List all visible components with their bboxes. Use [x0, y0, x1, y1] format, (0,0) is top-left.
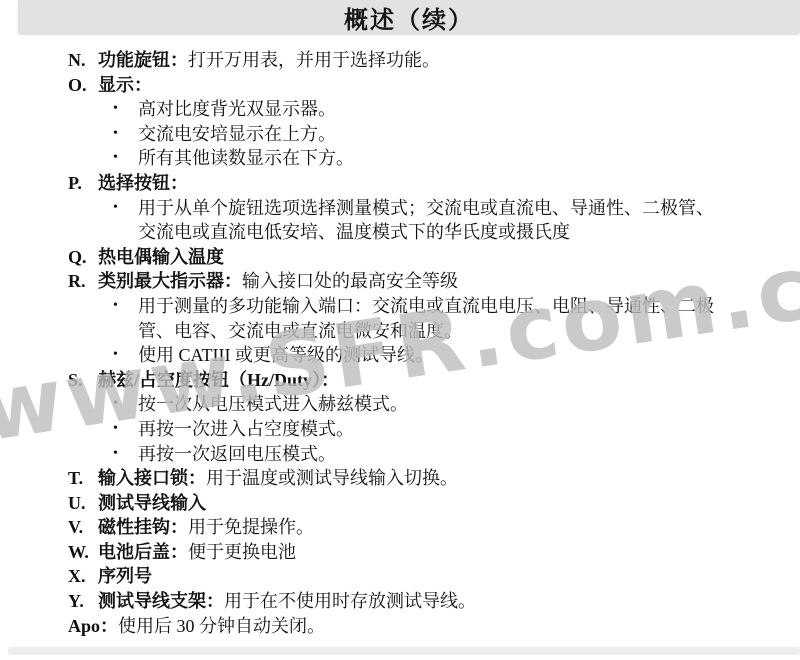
bullet-text: 再按一次进入占空度模式。 [138, 417, 354, 442]
item-text: 使用后 30 分钟自动关闭。 [118, 616, 325, 636]
item-line: X.序列号 [68, 564, 742, 589]
bullet-text: 高对比度背光双显示器。 [138, 97, 336, 122]
list-item: W.电池后盖：便于更换电池 [68, 540, 742, 565]
bullet-text: 用于从单个旋钮选项选择测量模式；交流电或直流电、导通性、二极管、交流电或直流电低… [138, 196, 716, 245]
item-letter: V. [68, 515, 98, 540]
content-area: N.功能旋钮：打开万用表，并用于选择功能。 O.显示： •高对比度背光双显示器。… [0, 35, 800, 638]
item-line: T.输入接口锁：用于温度或测试导线输入切换。 [68, 466, 742, 491]
bullet-item: •交流电安培显示在上方。 [113, 122, 742, 147]
item-label: 类别最大指示器： [98, 271, 242, 291]
item-label: 功能旋钮： [98, 50, 188, 70]
item-letter: U. [68, 491, 98, 516]
bullet-item: •所有其他读数显示在下方。 [113, 146, 742, 171]
footer-strip [8, 647, 800, 655]
list-item: V.磁性挂钩：用于免提操作。 [68, 515, 742, 540]
bullet-list: •高对比度背光双显示器。•交流电安培显示在上方。•所有其他读数显示在下方。 [68, 97, 742, 171]
item-label: 选择按钮： [98, 173, 188, 193]
item-line: R.类别最大指示器：输入接口处的最高安全等级 [68, 269, 742, 294]
list-item: Y.测试导线支架：用于在不使用时存放测试导线。 [68, 589, 742, 614]
item-label: 显示： [98, 75, 152, 95]
item-label: 序列号 [98, 566, 152, 586]
bullet-item: •按一次从电压模式进入赫兹模式。 [113, 392, 742, 417]
bullet-icon: • [113, 97, 138, 122]
bullet-item: •再按一次进入占空度模式。 [113, 417, 742, 442]
bullet-list: •按一次从电压模式进入赫兹模式。•再按一次进入占空度模式。•再按一次返回电压模式… [68, 392, 742, 466]
bullet-icon: • [113, 417, 138, 442]
list-item: P.选择按钮： •用于从单个旋钮选项选择测量模式；交流电或直流电、导通性、二极管… [68, 171, 742, 245]
bullet-item: •使用 CATIII 或更高等级的测试导线。 [113, 343, 742, 368]
bullet-text: 所有其他读数显示在下方。 [138, 146, 354, 171]
item-label: 输入接口锁： [98, 468, 206, 488]
item-text: 打开万用表，并用于选择功能。 [188, 50, 440, 70]
item-line: N.功能旋钮：打开万用表，并用于选择功能。 [68, 48, 742, 73]
bullet-icon: • [113, 196, 138, 221]
item-letter: P. [68, 171, 98, 196]
bullet-text: 用于测量的多功能输入端口：交流电或直流电电压、电阻、导通性、二极管、电容、交流电… [138, 294, 716, 343]
item-label: 热电偶输入温度 [98, 247, 224, 267]
list-item: T.输入接口锁：用于温度或测试导线输入切换。 [68, 466, 742, 491]
bullet-item: •高对比度背光双显示器。 [113, 97, 742, 122]
item-text: 便于更换电池 [188, 542, 296, 562]
item-letter: Apo： [68, 614, 118, 639]
bullet-icon: • [113, 343, 138, 368]
item-line: Apo：使用后 30 分钟自动关闭。 [68, 614, 742, 639]
item-letter: T. [68, 466, 98, 491]
item-line: W.电池后盖：便于更换电池 [68, 540, 742, 565]
item-label: 赫兹/占空度按钮（Hz/Duty）： [98, 370, 339, 390]
bullet-icon: • [113, 442, 138, 467]
item-line: U.测试导线输入 [68, 491, 742, 516]
item-text: 用于在不使用时存放测试导线。 [224, 591, 476, 611]
manual-page: 概述（续） N.功能旋钮：打开万用表，并用于选择功能。 O.显示： •高对比度背… [0, 0, 800, 660]
page-title: 概述（续） [344, 0, 474, 35]
list-item: S.赫兹/占空度按钮（Hz/Duty）： •按一次从电压模式进入赫兹模式。•再按… [68, 368, 742, 466]
bullet-list: •用于测量的多功能输入端口：交流电或直流电电压、电阻、导通性、二极管、电容、交流… [68, 294, 742, 368]
item-label: 电池后盖： [98, 542, 188, 562]
title-bar: 概述（续） [18, 0, 800, 35]
item-label: 磁性挂钩： [98, 517, 188, 537]
bullet-text: 使用 CATIII 或更高等级的测试导线。 [138, 343, 433, 368]
item-letter: Y. [68, 589, 98, 614]
item-letter: R. [68, 269, 98, 294]
list-item: R.类别最大指示器：输入接口处的最高安全等级 •用于测量的多功能输入端口：交流电… [68, 269, 742, 367]
item-line: Q.热电偶输入温度 [68, 245, 742, 270]
bullet-item: •再按一次返回电压模式。 [113, 442, 742, 467]
bullet-item: •用于从单个旋钮选项选择测量模式；交流电或直流电、导通性、二极管、交流电或直流电… [113, 196, 742, 245]
item-label: 测试导线支架： [98, 591, 224, 611]
list-item: U.测试导线输入 [68, 491, 742, 516]
item-label: 测试导线输入 [98, 493, 206, 513]
bullet-text: 按一次从电压模式进入赫兹模式。 [138, 392, 408, 417]
list-item: Q.热电偶输入温度 [68, 245, 742, 270]
item-letter: X. [68, 564, 98, 589]
item-letter: O. [68, 73, 98, 98]
bullet-text: 交流电安培显示在上方。 [138, 122, 336, 147]
item-letter: Q. [68, 245, 98, 270]
bullet-icon: • [113, 146, 138, 171]
item-text: 用于免提操作。 [188, 517, 314, 537]
item-line: S.赫兹/占空度按钮（Hz/Duty）： [68, 368, 742, 393]
list-item: Apo：使用后 30 分钟自动关闭。 [68, 614, 742, 639]
item-text: 输入接口处的最高安全等级 [242, 271, 458, 291]
list-item: N.功能旋钮：打开万用表，并用于选择功能。 [68, 48, 742, 73]
item-letter: N. [68, 48, 98, 73]
bullet-icon: • [113, 392, 138, 417]
item-letter: S. [68, 368, 98, 393]
bullet-icon: • [113, 122, 138, 147]
item-letter: W. [68, 540, 98, 565]
item-text: 用于温度或测试导线输入切换。 [206, 468, 458, 488]
list-item: X.序列号 [68, 564, 742, 589]
item-line: O.显示： [68, 73, 742, 98]
bullet-text: 再按一次返回电压模式。 [138, 442, 336, 467]
bullet-item: •用于测量的多功能输入端口：交流电或直流电电压、电阻、导通性、二极管、电容、交流… [113, 294, 742, 343]
item-list: N.功能旋钮：打开万用表，并用于选择功能。 O.显示： •高对比度背光双显示器。… [68, 48, 742, 638]
bullet-list: •用于从单个旋钮选项选择测量模式；交流电或直流电、导通性、二极管、交流电或直流电… [68, 196, 742, 245]
item-line: Y.测试导线支架：用于在不使用时存放测试导线。 [68, 589, 742, 614]
item-line: P.选择按钮： [68, 171, 742, 196]
list-item: O.显示： •高对比度背光双显示器。•交流电安培显示在上方。•所有其他读数显示在… [68, 73, 742, 171]
item-line: V.磁性挂钩：用于免提操作。 [68, 515, 742, 540]
bullet-icon: • [113, 294, 138, 319]
